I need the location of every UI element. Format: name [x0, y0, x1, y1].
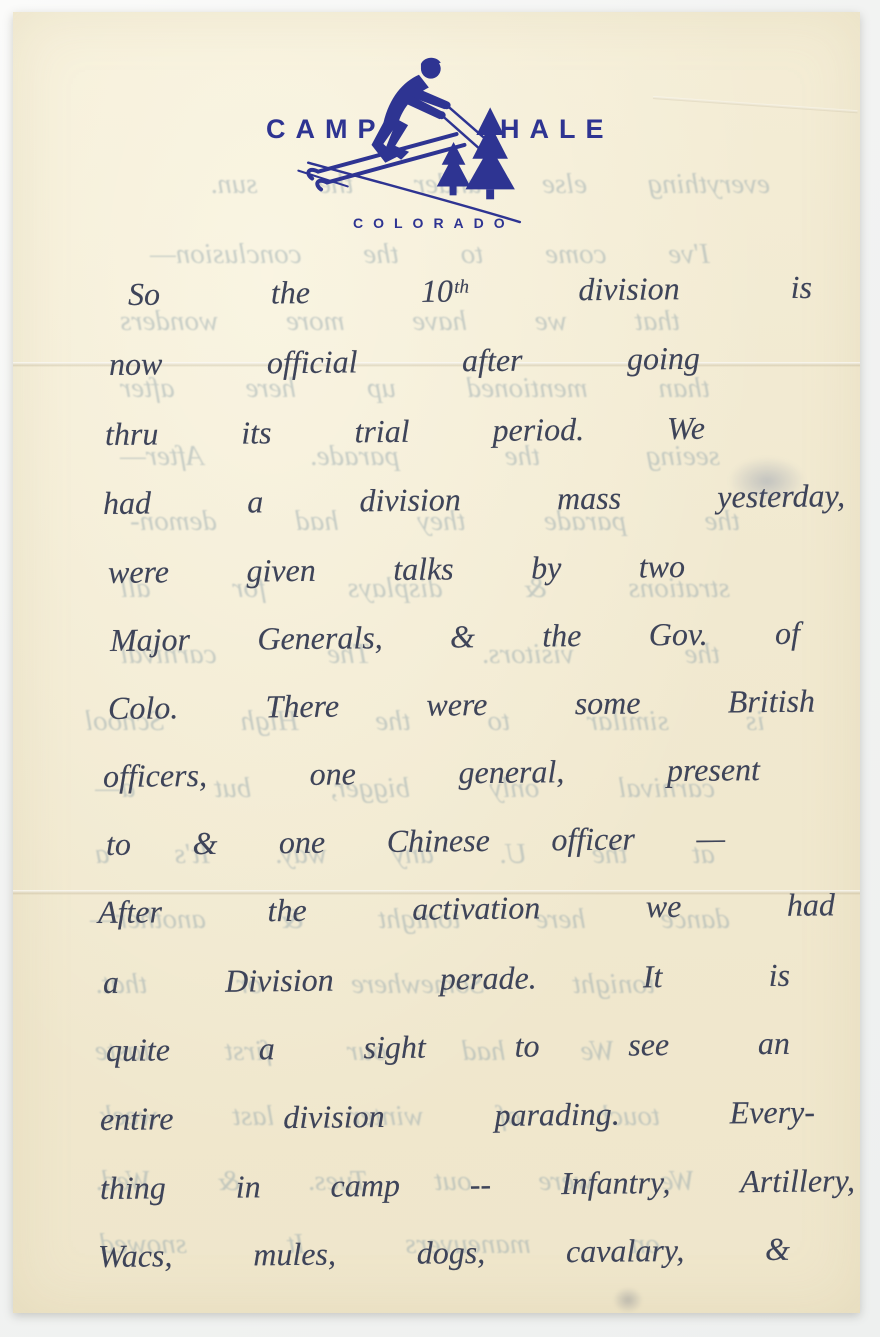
word: thru	[105, 415, 159, 453]
word: division	[283, 1098, 385, 1136]
handwritten-line: quiteasighttoseean	[106, 1025, 790, 1069]
handwritten-line: Aftertheactivationwehad	[98, 886, 835, 931]
handwritten-line: officers,onegeneral,present	[103, 751, 760, 795]
handwritten-line: Sothe10ᵗʰdivisionis	[128, 269, 812, 313]
word: present	[667, 751, 760, 789]
word: were	[108, 553, 169, 591]
word: Every-	[729, 1094, 815, 1132]
word: to	[514, 1027, 539, 1064]
handwritten-line: Wacs,mules,dogs,cavalary,&	[98, 1231, 790, 1275]
word: is	[768, 957, 790, 994]
word: &	[450, 618, 475, 655]
handwritten-line: thingincamp--Infantry,Artillery,	[100, 1162, 855, 1207]
word: after	[462, 342, 523, 380]
word: mules,	[253, 1236, 336, 1274]
word: Colo.	[108, 689, 179, 727]
word: --	[470, 1166, 492, 1203]
word: perade.	[440, 959, 537, 997]
ink-smudge	[613, 1287, 643, 1313]
word: given	[246, 552, 316, 590]
word: cavalary,	[566, 1232, 685, 1270]
word: were	[426, 686, 487, 724]
word: a	[103, 964, 119, 1001]
word: mass	[557, 480, 621, 518]
word: see	[628, 1026, 669, 1063]
word: a	[259, 1030, 275, 1067]
word: in	[236, 1168, 261, 1205]
word: Major	[110, 621, 190, 659]
word: division	[359, 481, 461, 519]
word: its	[241, 414, 272, 451]
word: entire	[100, 1100, 174, 1138]
word: So	[128, 276, 160, 313]
word: —	[696, 820, 725, 857]
word: dogs,	[417, 1234, 486, 1272]
word: some	[575, 684, 641, 722]
word: parading.	[494, 1096, 620, 1134]
word: now	[109, 345, 163, 383]
word: officer	[551, 820, 635, 858]
word: talks	[393, 550, 454, 588]
word: the	[271, 274, 310, 311]
word: &	[765, 1231, 790, 1268]
word: camp	[330, 1167, 400, 1205]
word: Infantry,	[561, 1164, 671, 1202]
word: thing	[100, 1169, 166, 1207]
word: by	[531, 549, 562, 586]
word: It	[643, 958, 663, 995]
handwritten-line: to&oneChineseofficer—	[106, 820, 725, 863]
word: two	[639, 548, 686, 585]
word: We	[667, 410, 705, 447]
handwritten-line: Colo.ThereweresomeBritish	[108, 683, 815, 727]
word: had	[103, 484, 151, 522]
word: an	[758, 1025, 790, 1062]
word: trial	[354, 413, 410, 451]
word: we	[646, 888, 682, 925]
word: one	[279, 824, 326, 861]
word: general,	[458, 753, 564, 791]
word: the	[542, 617, 581, 654]
word: going	[627, 340, 700, 378]
word: division	[578, 270, 680, 308]
word: had	[787, 886, 835, 924]
word: Gov.	[649, 616, 708, 654]
word: Division	[225, 962, 334, 1000]
handwritten-line: aDivisionperade.Itis	[103, 957, 790, 1001]
handwritten-line: weregiventalksbytwo	[108, 548, 685, 591]
letter-page: everythingelseunderthesun.I'vecometothec…	[13, 12, 860, 1313]
word: sight	[363, 1029, 426, 1067]
handwritten-line: MajorGenerals,&theGov.of	[110, 615, 800, 659]
word: Chinese	[387, 822, 490, 860]
word: quite	[106, 1031, 170, 1069]
handwritten-line: entiredivisionparading.Every-	[100, 1094, 815, 1138]
word: After	[98, 893, 162, 931]
word: British	[728, 683, 816, 721]
word: a	[247, 483, 263, 520]
word: is	[790, 269, 812, 306]
word: activation	[412, 889, 540, 927]
word: of	[775, 615, 800, 652]
handwritten-line: thruitstrialperiod.We	[105, 410, 705, 453]
ink-smudge	[728, 457, 806, 505]
word: 10ᵗʰ	[421, 272, 468, 309]
word: period.	[492, 411, 584, 449]
handwriting-layer: Sothe10ᵗʰdivisionisnowofficialaftergoing…	[13, 12, 860, 1313]
word: official	[267, 343, 358, 381]
word: Wacs,	[98, 1237, 173, 1275]
word: There	[265, 688, 339, 726]
word: Generals,	[257, 619, 383, 657]
handwritten-line: nowofficialaftergoing	[109, 340, 700, 383]
word: the	[267, 892, 306, 929]
word: officers,	[103, 757, 207, 795]
word: one	[309, 755, 356, 792]
word: &	[192, 825, 217, 862]
word: to	[106, 826, 131, 863]
word: Artillery,	[740, 1162, 855, 1200]
